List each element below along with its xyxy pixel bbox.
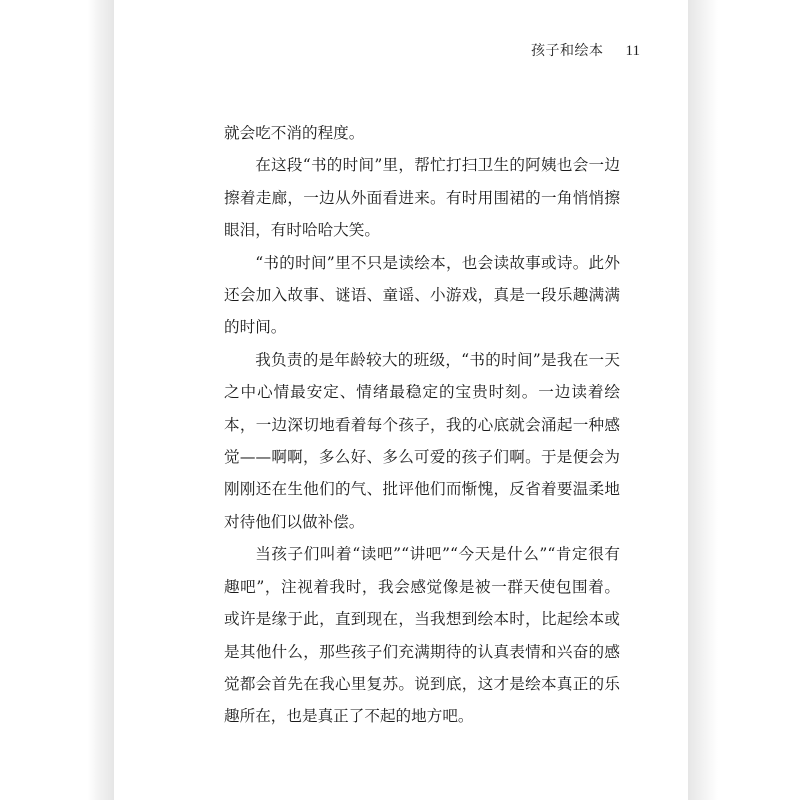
chapter-title: 孩子和绘本 bbox=[531, 40, 604, 60]
page-shadow-right bbox=[688, 0, 718, 800]
paragraph: 就会吃不消的程度。 bbox=[224, 117, 620, 149]
body-text: 就会吃不消的程度。 在这段“书的时间”里，帮忙打扫卫生的阿姨也会一边擦着走廊，一… bbox=[224, 117, 620, 733]
book-page: 孩子和绘本 11 就会吃不消的程度。 在这段“书的时间”里，帮忙打扫卫生的阿姨也… bbox=[114, 0, 688, 800]
paragraph: “书的时间”里不只是读绘本，也会读故事或诗。此外还会加入故事、谜语、童谣、小游戏… bbox=[224, 247, 620, 344]
paragraph: 当孩子们叫着“读吧”“讲吧”“今天是什么”“肯定很有趣吧”，注视着我时，我会感觉… bbox=[224, 538, 620, 732]
paragraph: 我负责的是年龄较大的班级，“书的时间”是我在一天之中心情最安定、情绪最稳定的宝贵… bbox=[224, 344, 620, 538]
page-number: 11 bbox=[626, 43, 640, 60]
page-shadow-left bbox=[88, 0, 114, 800]
running-header: 孩子和绘本 11 bbox=[531, 40, 640, 60]
paragraph: 在这段“书的时间”里，帮忙打扫卫生的阿姨也会一边擦着走廊，一边从外面看进来。有时… bbox=[224, 149, 620, 246]
